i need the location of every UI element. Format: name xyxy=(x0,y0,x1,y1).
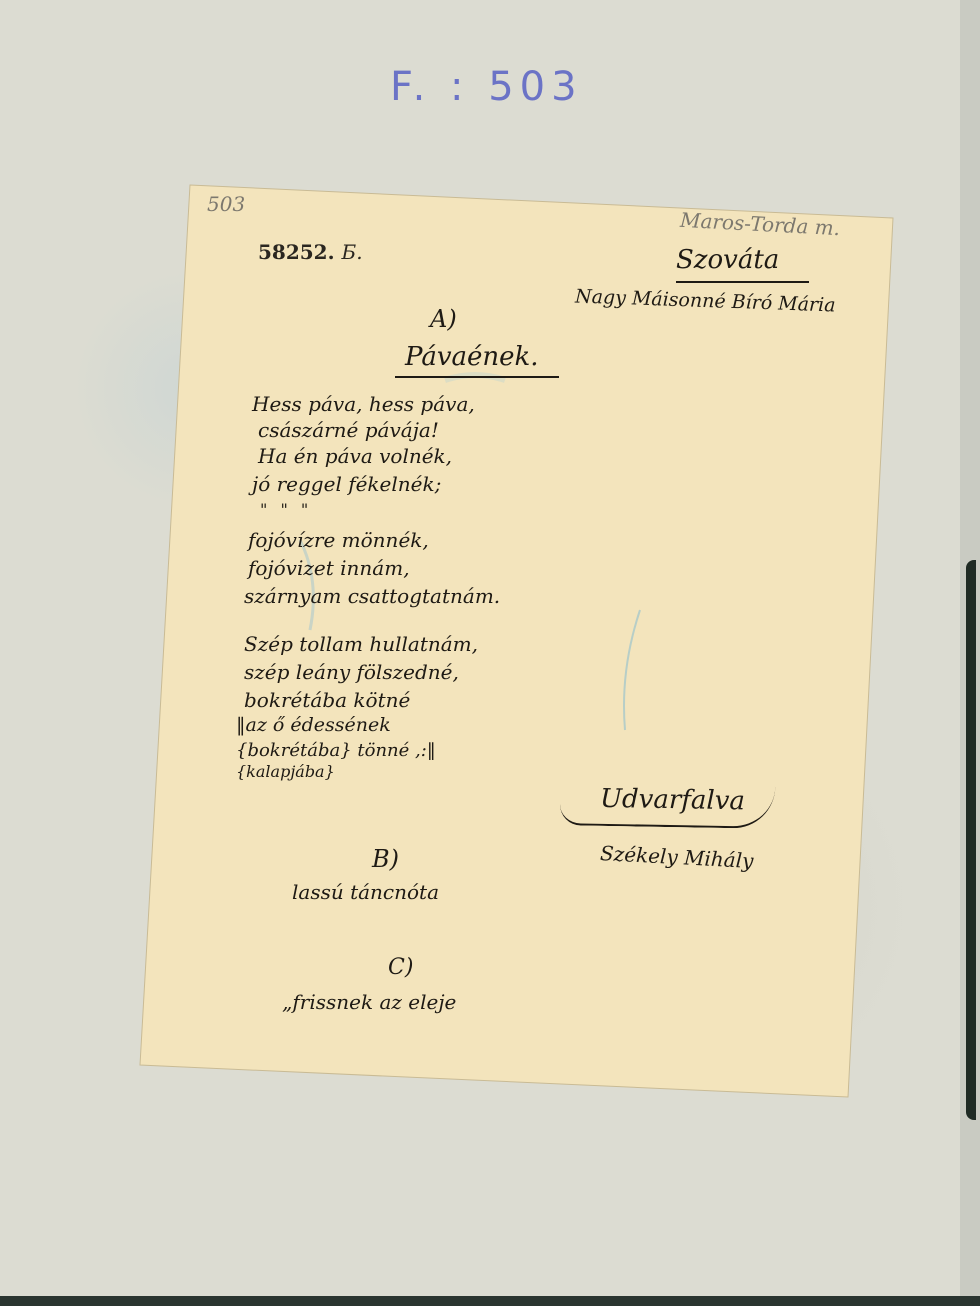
section-c-label: C) xyxy=(388,955,413,980)
lyric-line: császárné pávája! xyxy=(258,418,439,442)
ditto-marks: " " " xyxy=(260,500,312,519)
lyric-line: {kalapjába} xyxy=(236,762,335,781)
lyric-line: Ha én páva volnék, xyxy=(258,444,452,468)
lyric-line: {bokrétába} tönné ,:‖ xyxy=(236,740,436,761)
lyric-line: Hess páva, hess páva, xyxy=(252,392,475,416)
lyric-line: fojóvízre mönnék, xyxy=(248,528,429,552)
lyric-line: bokrétába kötné xyxy=(244,688,410,712)
lyric-line: szárnyam csattogtatnám. xyxy=(244,584,500,608)
section-c-text: „frissnek az eleje xyxy=(282,990,456,1014)
stamp-suffix: Б. xyxy=(342,240,363,264)
village-name: Szováta xyxy=(676,245,809,283)
lyric-line: fojóvizet innám, xyxy=(248,556,410,580)
manuscript-paper xyxy=(0,0,980,1306)
collection-place: Udvarfalva xyxy=(560,783,776,829)
lyric-line: Szép tollam hullatnám, xyxy=(244,632,478,656)
section-b-text: lassú táncnóta xyxy=(292,880,439,904)
stamp-number: 58252. xyxy=(258,240,335,264)
lyric-line: szép leány fölszedné, xyxy=(244,660,459,684)
inventory-stamp: 58252. Б. xyxy=(258,240,363,264)
section-b-label: B) xyxy=(372,845,399,873)
section-a-title: Pávaének. xyxy=(395,342,559,378)
lyric-line: ‖az ő édessének xyxy=(236,714,391,736)
lyric-line: jó reggel fékelnék; xyxy=(252,472,441,496)
section-a-label: A) xyxy=(430,305,457,333)
pencil-number: 503 xyxy=(207,192,245,216)
